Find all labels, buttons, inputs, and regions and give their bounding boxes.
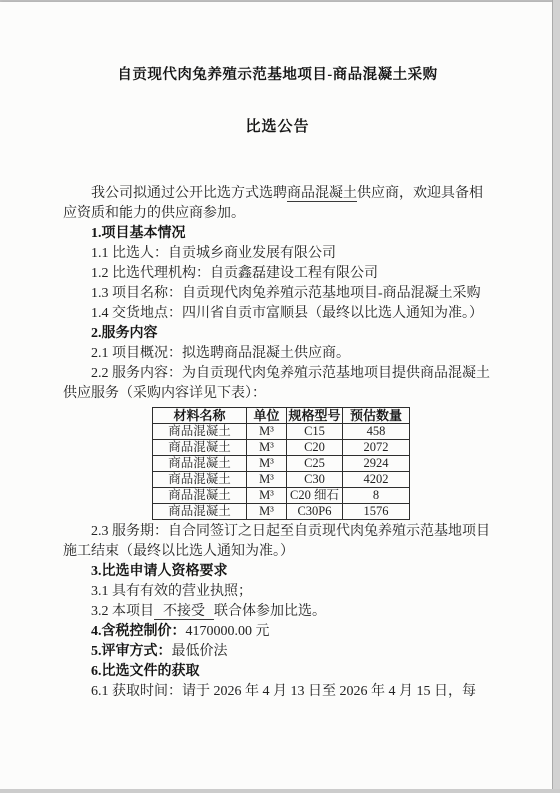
section-6-heading: 6.比选文件的获取	[63, 662, 492, 682]
header-unit: 单位	[247, 408, 287, 424]
header-qty: 预估数量	[343, 408, 410, 424]
section-3-heading: 3.比选申请人资格要求	[63, 562, 492, 582]
unit-cell: M³	[247, 504, 287, 520]
section-5-value: 最低价法	[172, 644, 228, 659]
table-header-row: 材料名称 单位 规格型号 预估数量	[153, 408, 410, 424]
section-1-heading: 1.项目基本情况	[63, 224, 492, 244]
scan-right-edge	[552, 0, 560, 793]
qty-cell: 458	[343, 424, 410, 440]
scan-bottom-edge	[0, 789, 560, 793]
section-2-heading: 2.服务内容	[63, 324, 492, 344]
spec-cell: C20	[287, 440, 343, 456]
intro-underlined-term: 商品混凝土	[287, 186, 357, 202]
material-cell: 商品混凝土	[153, 440, 247, 456]
section-5-label: 5.评审方式：	[91, 644, 172, 659]
table-row: 商品混凝土 M³ C30 4202	[153, 472, 410, 488]
material-cell: 商品混凝土	[153, 424, 247, 440]
qty-cell: 1576	[343, 504, 410, 520]
unit-cell: M³	[247, 440, 287, 456]
document-title: 自贡现代肉兔养殖示范基地项目-商品混凝土采购	[63, 66, 492, 84]
unit-cell: M³	[247, 472, 287, 488]
qty-cell: 4202	[343, 472, 410, 488]
header-material: 材料名称	[153, 408, 247, 424]
item-2-3-service-period: 2.3 服务期：自合同签订之日起至自贡现代肉兔养殖示范基地项目施工结束（最终以比…	[63, 522, 492, 562]
table-row: 商品混凝土 M³ C20 2072	[153, 440, 410, 456]
material-cell: 商品混凝土	[153, 456, 247, 472]
item-2-1-project-overview: 2.1 项目概况：拟选聘商品混凝土供应商。	[63, 344, 492, 364]
unit-cell: M³	[247, 488, 287, 504]
section-4-value: 4170000.00 元	[186, 624, 270, 639]
item-2-2-service-content: 2.2 服务内容：为自贡现代肉兔养殖示范基地项目提供商品混凝土供应服务（采购内容…	[63, 364, 492, 404]
intro-paragraph: 我公司拟通过公开比选方式选聘商品混凝土供应商，欢迎具备相应资质和能力的供应商参加…	[63, 184, 492, 224]
item-1-1-bidder: 1.1 比选人：自贡城乡商业发展有限公司	[63, 244, 492, 264]
section-4-label: 4.含税控制价：	[91, 624, 186, 639]
spec-cell: C30P6	[287, 504, 343, 520]
spec-cell: C25	[287, 456, 343, 472]
table-row: 商品混凝土 M³ C20 细石 8	[153, 488, 410, 504]
document-page: 自贡现代肉兔养殖示范基地项目-商品混凝土采购 比选公告 我公司拟通过公开比选方式…	[0, 2, 553, 791]
item-3-2-underlined: 不接受	[154, 604, 214, 620]
item-6-1-obtain-time: 6.1 获取时间：请于 2026 年 4 月 13 日至 2026 年 4 月 …	[63, 682, 492, 702]
material-cell: 商品混凝土	[153, 488, 247, 504]
table-row: 商品混凝土 M³ C25 2924	[153, 456, 410, 472]
table-row: 商品混凝土 M³ C30P6 1576	[153, 504, 410, 520]
qty-cell: 2924	[343, 456, 410, 472]
spec-cell: C20 细石	[287, 488, 343, 504]
unit-cell: M³	[247, 456, 287, 472]
scan-viewport: 自贡现代肉兔养殖示范基地项目-商品混凝土采购 比选公告 我公司拟通过公开比选方式…	[0, 0, 560, 793]
item-1-2-agency: 1.2 比选代理机构：自贡鑫磊建设工程有限公司	[63, 264, 492, 284]
spec-cell: C15	[287, 424, 343, 440]
document-body: 我公司拟通过公开比选方式选聘商品混凝土供应商，欢迎具备相应资质和能力的供应商参加…	[63, 184, 492, 702]
item-3-1-license: 3.1 具有有效的营业执照；	[63, 582, 492, 602]
procurement-table: 材料名称 单位 规格型号 预估数量 商品混凝土 M³ C15 458	[152, 407, 410, 520]
item-3-2-post: 联合体参加比选。	[214, 604, 326, 619]
item-3-2-pre: 3.2 本项目	[91, 604, 154, 619]
section-5-review-method: 5.评审方式：最低价法	[63, 642, 492, 662]
material-cell: 商品混凝土	[153, 472, 247, 488]
qty-cell: 8	[343, 488, 410, 504]
spec-cell: C30	[287, 472, 343, 488]
item-3-2-consortium: 3.2 本项目不接受联合体参加比选。	[63, 602, 492, 622]
item-1-4-delivery-place: 1.4 交货地点：四川省自贡市富顺县（最终以比选人通知为准。）	[63, 304, 492, 324]
document-content: 自贡现代肉兔养殖示范基地项目-商品混凝土采购 比选公告 我公司拟通过公开比选方式…	[0, 2, 553, 702]
qty-cell: 2072	[343, 440, 410, 456]
section-4-control-price: 4.含税控制价：4170000.00 元	[63, 622, 492, 642]
material-cell: 商品混凝土	[153, 504, 247, 520]
header-spec: 规格型号	[287, 408, 343, 424]
item-1-3-project-name: 1.3 项目名称：自贡现代肉兔养殖示范基地项目-商品混凝土采购	[63, 284, 492, 304]
table-row: 商品混凝土 M³ C15 458	[153, 424, 410, 440]
intro-text-pre: 我公司拟通过公开比选方式选聘	[91, 186, 287, 201]
document-subtitle: 比选公告	[63, 118, 492, 137]
unit-cell: M³	[247, 424, 287, 440]
